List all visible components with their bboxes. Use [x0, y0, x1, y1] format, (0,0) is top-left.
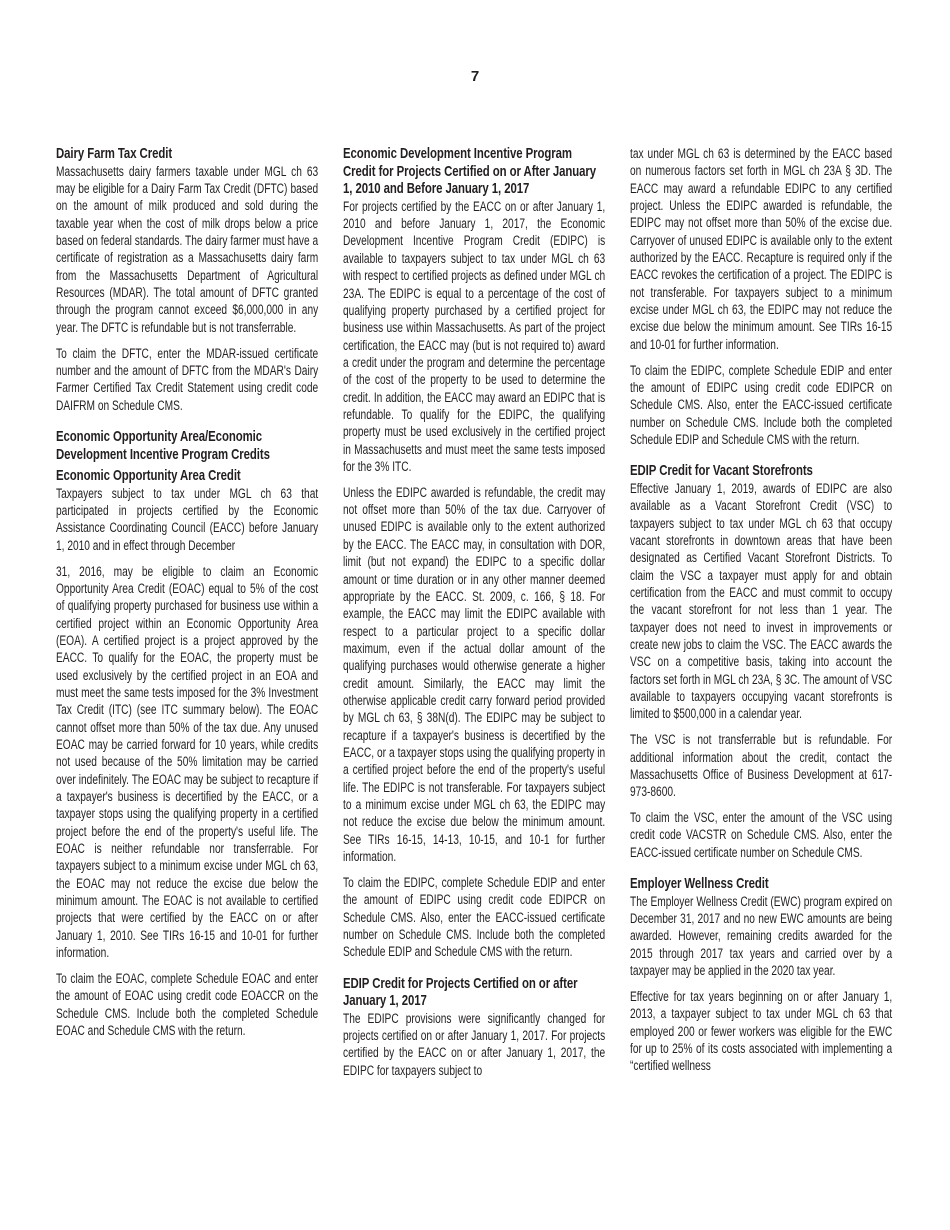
heading-edipc-2010-2017: Economic Development Incentive Program C…	[343, 145, 605, 198]
heading-vacant-storefronts: EDIP Credit for Vacant Storefronts	[630, 462, 892, 480]
paragraph: Effective for tax years beginning on or …	[630, 988, 892, 1075]
paragraph: 31, 2016, may be eligible to claim an Ec…	[56, 563, 318, 962]
paragraph: For projects certified by the EACC on or…	[343, 198, 605, 476]
heading-eoa-edip-credits: Economic Opportunity Area/Economic Devel…	[56, 428, 318, 463]
paragraph: Taxpayers subject to tax under MGL ch 63…	[56, 485, 318, 554]
paragraph: The VSC is not transferrable but is refu…	[630, 731, 892, 800]
paragraph: To claim the VSC, enter the amount of th…	[630, 809, 892, 861]
paragraph: To claim the EDIPC, complete Schedule ED…	[343, 874, 605, 961]
paragraph: Massachusetts dairy farmers taxable unde…	[56, 163, 318, 336]
column-right: tax under MGL ch 63 is determined by the…	[630, 145, 892, 1083]
subheading-eoa-credit: Economic Opportunity Area Credit	[56, 467, 318, 485]
page-number: 7	[0, 68, 950, 85]
paragraph: To claim the EOAC, complete Schedule EOA…	[56, 970, 318, 1039]
paragraph: To claim the EDIPC, complete Schedule ED…	[630, 362, 892, 449]
heading-dairy-farm-tax-credit: Dairy Farm Tax Credit	[56, 145, 318, 163]
paragraph: tax under MGL ch 63 is determined by the…	[630, 145, 892, 353]
heading-employer-wellness-credit: Employer Wellness Credit	[630, 875, 892, 893]
paragraph: The EDIPC provisions were significantly …	[343, 1010, 605, 1079]
column-left: Dairy Farm Tax Credit Massachusetts dair…	[56, 145, 318, 1048]
paragraph: Unless the EDIPC awarded is refundable, …	[343, 484, 605, 866]
paragraph: The Employer Wellness Credit (EWC) progr…	[630, 893, 892, 980]
heading-edip-after-2017: EDIP Credit for Projects Certified on or…	[343, 975, 605, 1010]
paragraph: To claim the DFTC, enter the MDAR-issued…	[56, 345, 318, 414]
paragraph: Effective January 1, 2019, awards of EDI…	[630, 480, 892, 723]
column-middle: Economic Development Incentive Program C…	[343, 145, 605, 1088]
